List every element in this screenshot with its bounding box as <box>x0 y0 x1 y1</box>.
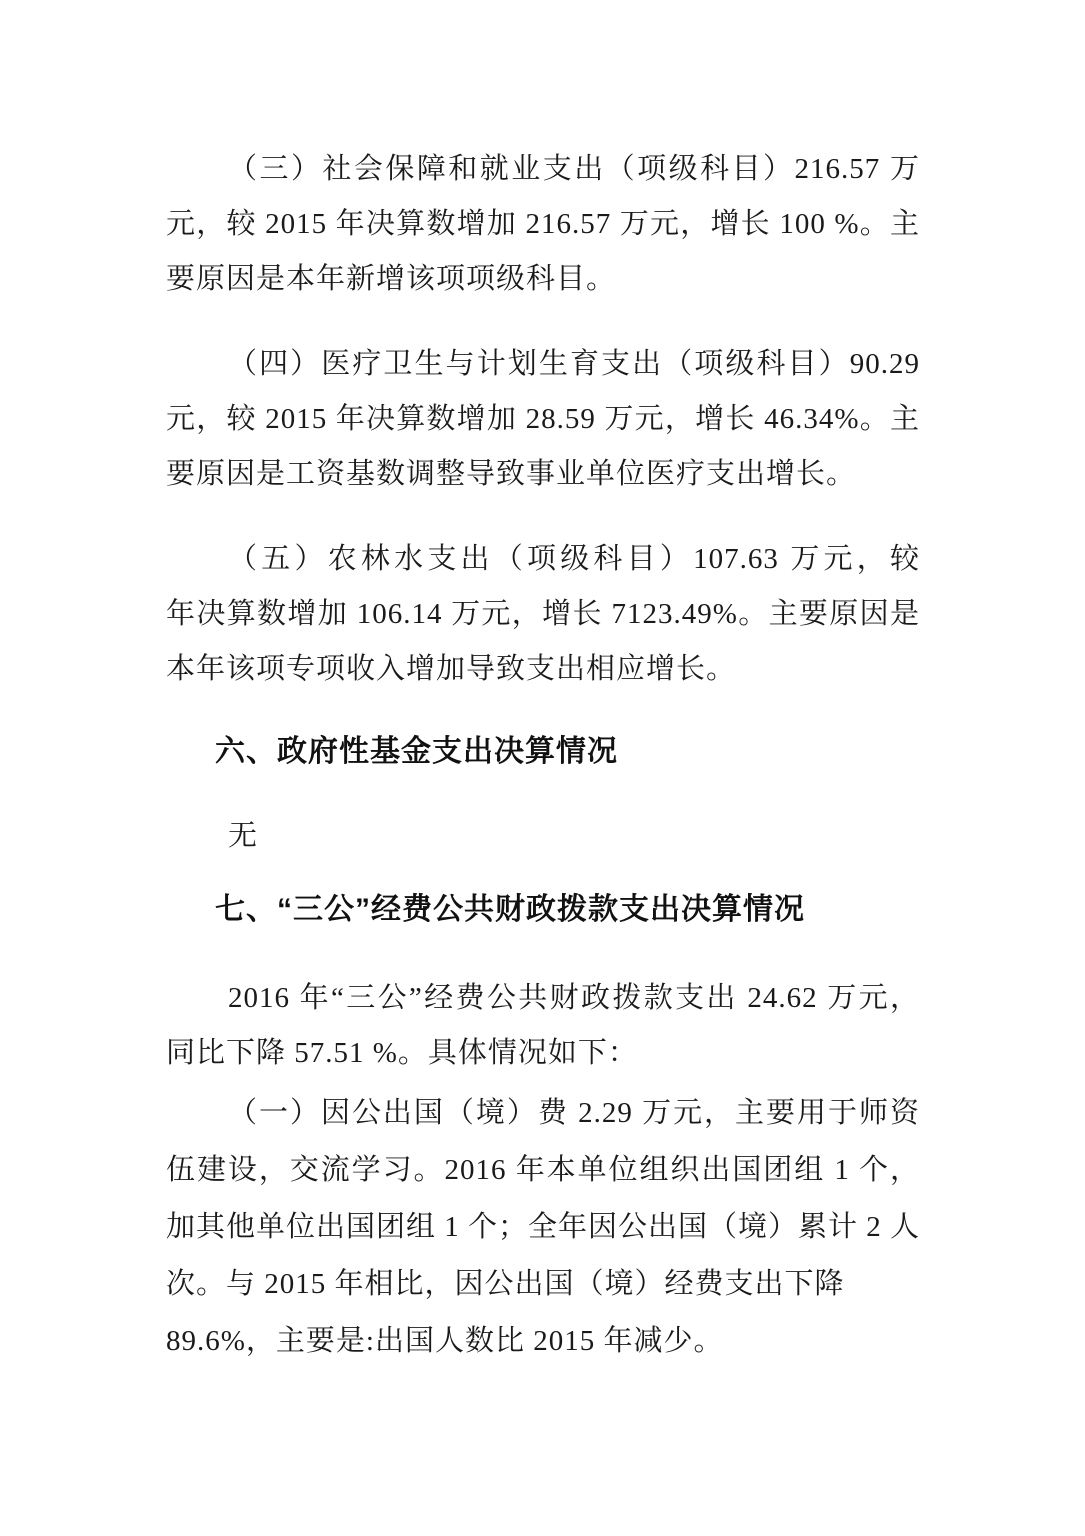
text-line: 同比下降 57.51 %。具体情况如下： <box>166 1026 920 1081</box>
text-line: 加其他单位出国团组 1 个；全年因公出国（境）累计 2 人 <box>166 1199 920 1256</box>
heading-section-6: 六、政府性基金支出决算情况 <box>166 724 920 779</box>
text-line: 次。与 2015 年相比，因公出国（境）经费支出下降 <box>166 1256 920 1313</box>
text-line: 年决算数增加 106.14 万元，增长 7123.49%。主要原因是 <box>166 587 920 642</box>
text-line: 89.6%，主要是:出国人数比 2015 年减少。 <box>166 1313 920 1370</box>
text-line: 要原因是工资基数调整导致事业单位医疗支出增长。 <box>166 447 920 502</box>
paragraph-none: 无 <box>166 809 920 864</box>
paragraph-medical-expense: （四）医疗卫生与计划生育支出（项级科目）90.29 万 元，较 2015 年决算… <box>166 337 920 502</box>
heading-section-7: 七、“三公”经费公共财政拨款支出决算情况 <box>166 882 920 937</box>
paragraph-social-security-expense: （三）社会保障和就业支出（项级科目）216.57 万 元，较 2015 年决算数… <box>166 142 920 307</box>
document-content: （三）社会保障和就业支出（项级科目）216.57 万 元，较 2015 年决算数… <box>0 0 920 1370</box>
text-line: 元，较 2015 年决算数增加 28.59 万元，增长 46.34%。主 <box>166 392 920 447</box>
text-line: 2016 年“三公”经费公共财政拨款支出 24.62 万元， <box>166 971 920 1026</box>
text-line: 伍建设，交流学习。2016 年本单位组织出国团组 1 个，参 <box>166 1142 920 1199</box>
text-line: （五）农林水支出（项级科目）107.63 万元，较 2015 <box>166 532 920 587</box>
text-line: （三）社会保障和就业支出（项级科目）216.57 万 <box>166 142 920 197</box>
paragraph-agriculture-expense: （五）农林水支出（项级科目）107.63 万元，较 2015 年决算数增加 10… <box>166 532 920 697</box>
paragraph-abroad-expense: （一）因公出国（境）费 2.29 万元，主要用于师资队 伍建设，交流学习。201… <box>166 1085 920 1370</box>
paragraph-sangong-summary: 2016 年“三公”经费公共财政拨款支出 24.62 万元， 同比下降 57.5… <box>166 971 920 1081</box>
document-page: （三）社会保障和就业支出（项级科目）216.57 万 元，较 2015 年决算数… <box>0 0 1085 1536</box>
text-line: 无 <box>166 809 920 864</box>
text-line: 元，较 2015 年决算数增加 216.57 万元，增长 100 %。主 <box>166 197 920 252</box>
section-heading: 七、“三公”经费公共财政拨款支出决算情况 <box>166 882 920 937</box>
text-line: 本年该项专项收入增加导致支出相应增长。 <box>166 642 920 697</box>
text-line: （一）因公出国（境）费 2.29 万元，主要用于师资队 <box>166 1085 920 1142</box>
text-line: 要原因是本年新增该项项级科目。 <box>166 252 920 307</box>
section-heading: 六、政府性基金支出决算情况 <box>166 724 920 779</box>
text-line: （四）医疗卫生与计划生育支出（项级科目）90.29 万 <box>166 337 920 392</box>
